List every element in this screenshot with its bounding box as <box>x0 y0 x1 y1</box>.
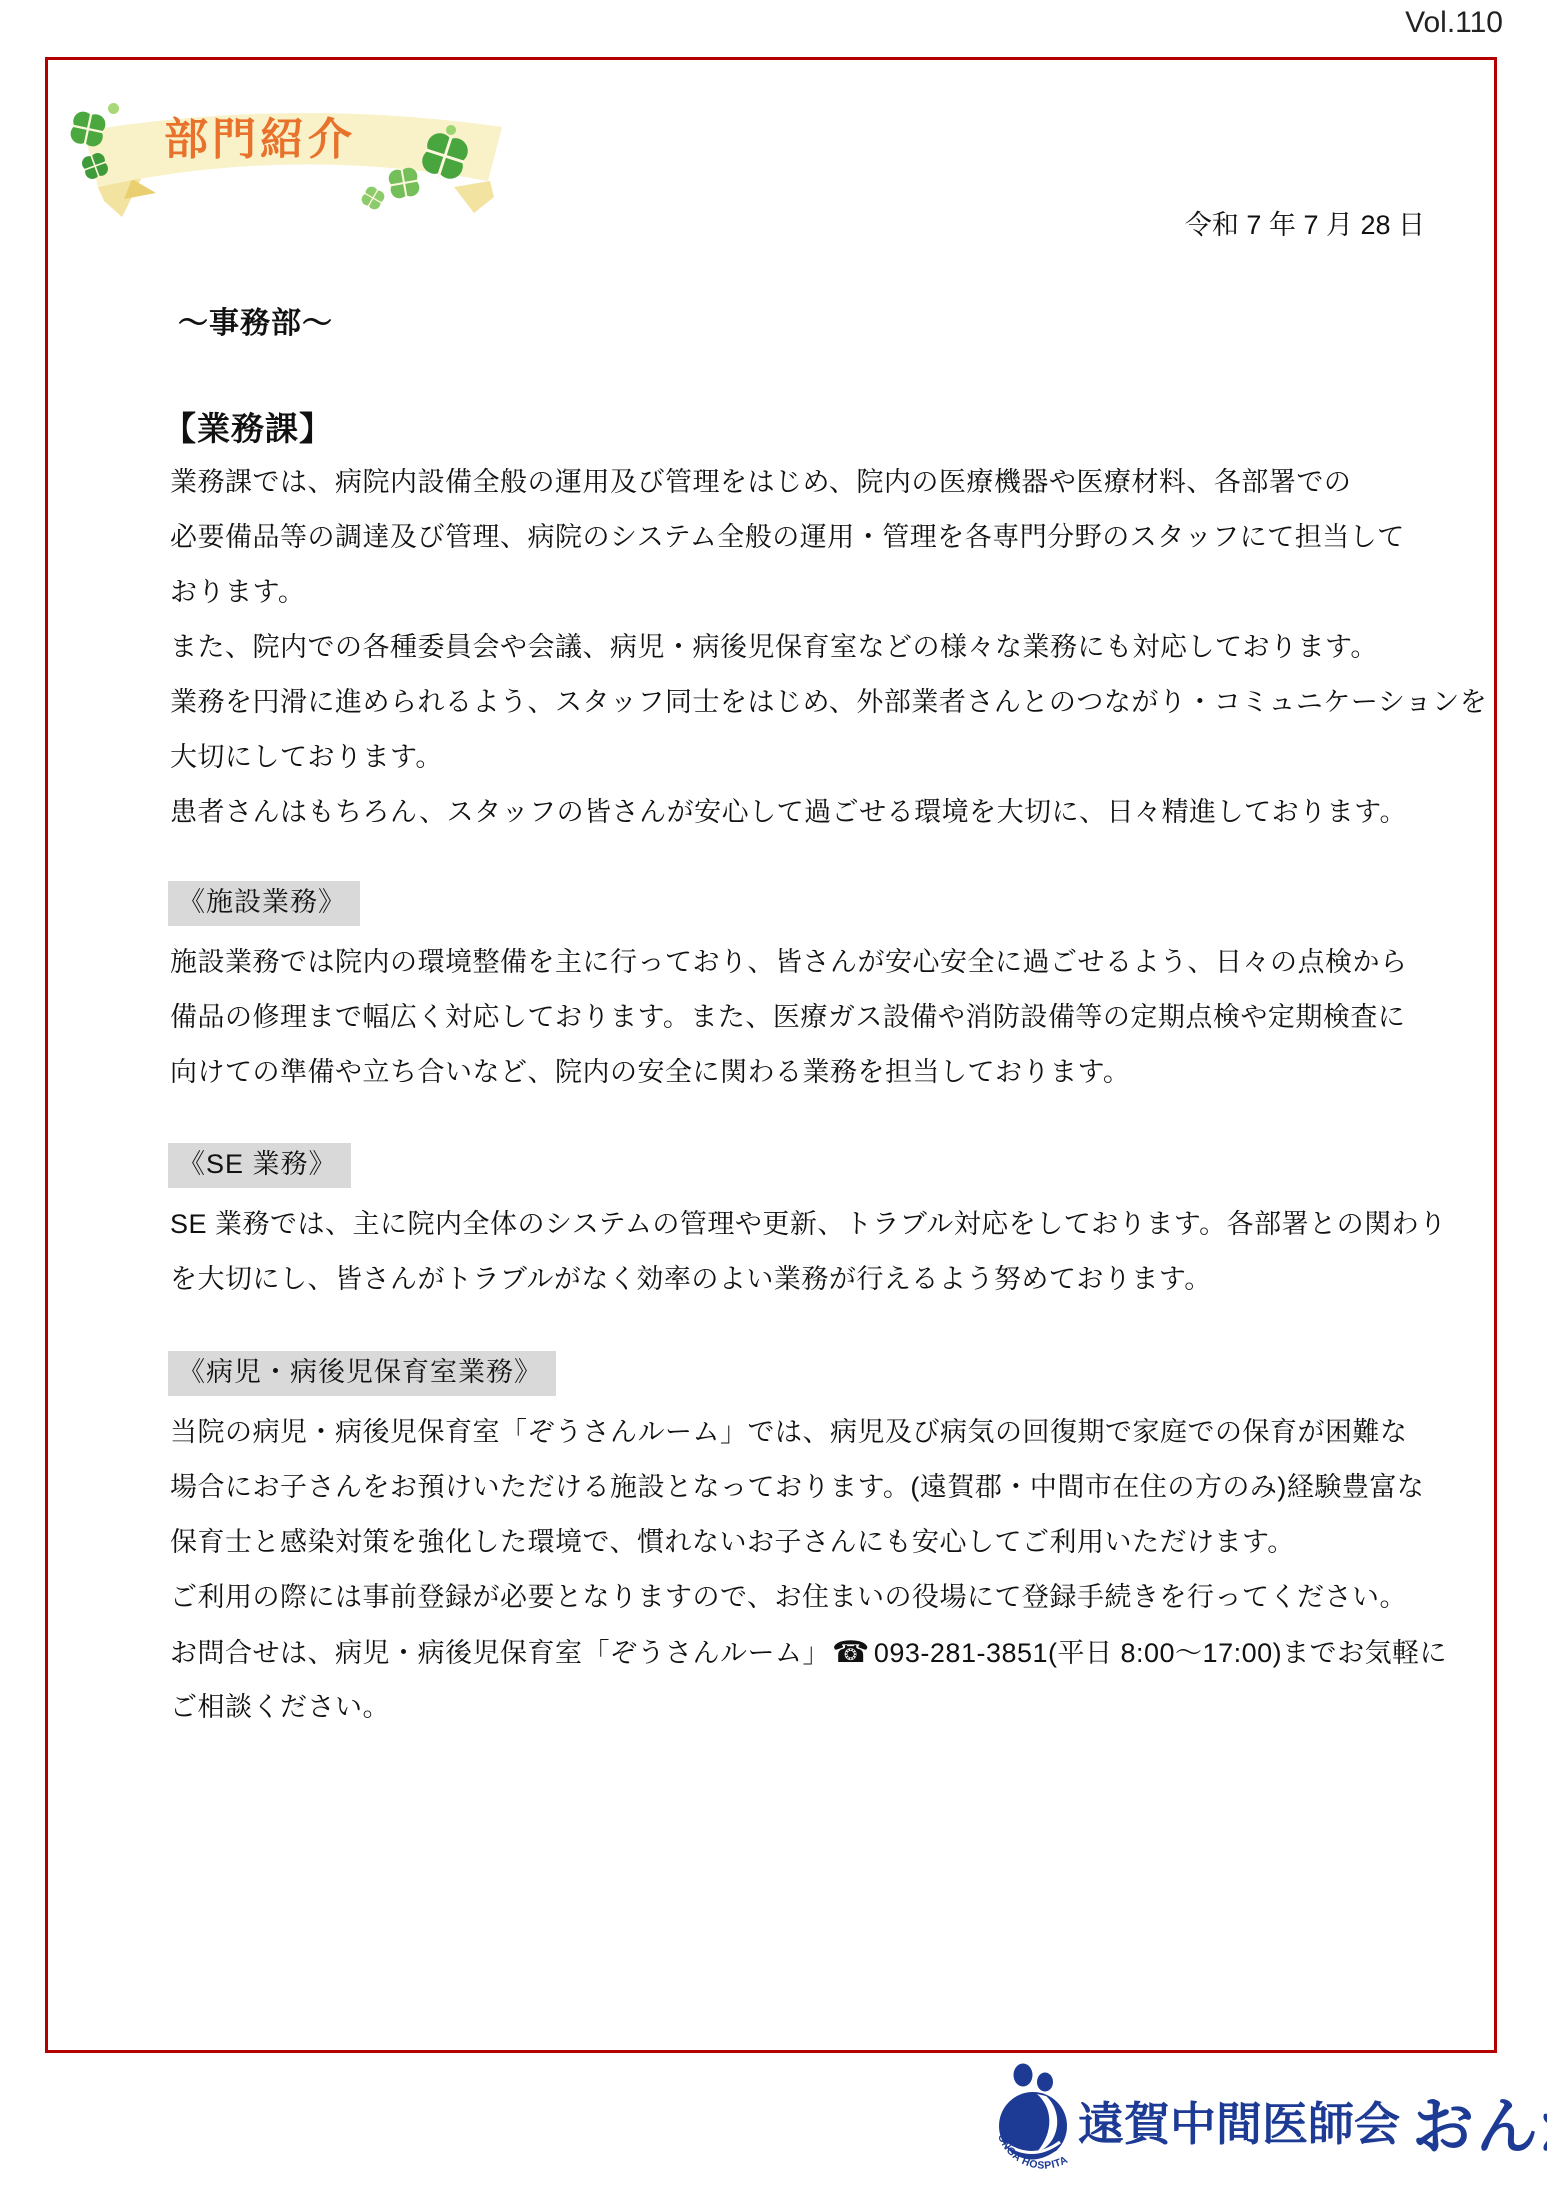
text-line: おります。 <box>170 565 1455 620</box>
text-line: 施設業務では院内の環境整備を主に行っており、皆さんが安心安全に過ごせるよう、日々… <box>170 935 1455 990</box>
clover-icon <box>67 108 110 151</box>
contact-line: お問合せは、病児・病後児保育室「ぞうさんルーム」☎093-281-3851(平日… <box>170 1625 1455 1680</box>
text-line: 業務を円滑に進められるよう、スタッフ同士をはじめ、外部業者さんとのつながり・コミ… <box>170 675 1455 730</box>
hospital-logo-mark: ONGA HOSPITAL <box>996 2062 1070 2180</box>
text-line: ご相談ください。 <box>170 1680 1455 1735</box>
page-title: 部門紹介 <box>164 103 356 167</box>
text-line: 備品の修理まで幅広く対応しております。また、医療ガス設備や消防設備等の定期点検や… <box>170 990 1455 1045</box>
text-line: 場合にお子さんをお預けいただける施設となっております。(遠賀郡・中間市在住の方の… <box>170 1460 1455 1515</box>
text-line: 保育士と感染対策を強化した環境で、慣れないお子さんにも安心してご利用いただけます… <box>170 1515 1455 1570</box>
text-line: また、院内での各種委員会や会議、病児・病後児保育室などの様々な業務にも対応してお… <box>170 620 1455 675</box>
contact-number-hours: 093-281-3851(平日 8:00～17:00)までお気軽に <box>874 1638 1447 1668</box>
phone-icon: ☎ <box>832 1636 870 1669</box>
text-line: SE 業務では、主に院内全体のシステムの管理や更新、トラブル対応をしております。… <box>170 1197 1455 1252</box>
text-line: ご利用の際には事前登録が必要となりますので、お住まいの役場にて登録手続きを行って… <box>170 1570 1455 1625</box>
department-heading: ～事務部～ <box>178 298 333 342</box>
text-line: 当院の病児・病後児保育室「ぞうさんルーム」では、病児及び病気の回復期で家庭での保… <box>170 1405 1455 1460</box>
contact-prefix: お問合せは、病児・病後児保育室「ぞうさんルーム」 <box>170 1638 830 1668</box>
section-heading-se: 《SE 業務》 <box>168 1143 351 1188</box>
text-line: 業務課では、病院内設備全般の運用及び管理をはじめ、院内の医療機器や医療材料、各部… <box>170 455 1455 510</box>
section-shisetsu-body: 施設業務では院内の環境整備を主に行っており、皆さんが安心安全に過ごせるよう、日々… <box>170 935 1455 1100</box>
clover-dot <box>446 125 456 135</box>
clover-icon <box>385 164 422 201</box>
volume-label: Vol.110 <box>1405 6 1503 40</box>
logo-association-name: 遠賀中間医師会 <box>1078 2088 1400 2154</box>
issue-date: 令和 7 年 7 月 28 日 <box>170 203 1425 242</box>
clover-dot <box>108 103 119 114</box>
section-se-body: SE 業務では、主に院内全体のシステムの管理や更新、トラブル対応をしております。… <box>170 1197 1455 1307</box>
section-gyomuka-body: 業務課では、病院内設備全般の運用及び管理をはじめ、院内の医療機器や医療材料、各部… <box>170 455 1455 840</box>
section-heading-shisetsu: 《施設業務》 <box>168 881 360 926</box>
section-heading-byoji: 《病児・病後児保育室業務》 <box>168 1351 556 1396</box>
newsletter-page: Vol.110 部門紹介 <box>0 0 1547 2201</box>
text-line: 患者さんはもちろん、スタッフの皆さんが安心して過ごせる環境を大切に、日々精進して… <box>170 785 1455 840</box>
section-heading-gyomuka: 【業務課】 <box>163 403 333 450</box>
hospital-logo: ONGA HOSPITAL 遠賀中間医師会 おんが病院 <box>996 2060 1547 2182</box>
text-line: 必要備品等の調達及び管理、病院のシステム全般の運用・管理を各専門分野のスタッフに… <box>170 510 1455 565</box>
text-line: 向けての準備や立ち合いなど、院内の安全に関わる業務を担当しております。 <box>170 1045 1455 1100</box>
text-line: を大切にし、皆さんがトラブルがなく効率のよい業務が行えるよう努めております。 <box>170 1252 1455 1307</box>
text-line: 大切にしております。 <box>170 730 1455 785</box>
section-byoji-body: 当院の病児・病後児保育室「ぞうさんルーム」では、病児及び病気の回復期で家庭での保… <box>170 1405 1455 1735</box>
logo-hospital-name: おんが病院 <box>1412 2077 1547 2166</box>
